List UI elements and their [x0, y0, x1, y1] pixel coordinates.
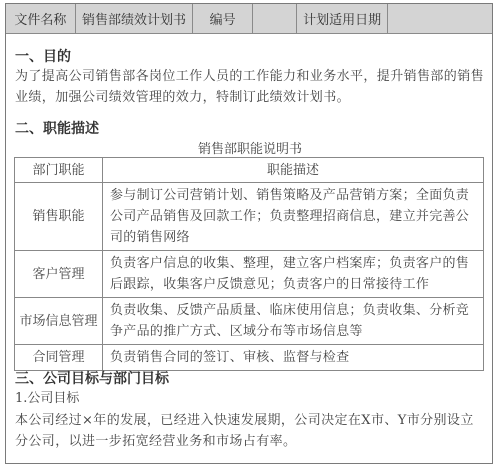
section-functions-heading: 二、职能描述: [15, 120, 485, 138]
number-value: [253, 4, 297, 33]
section-functions: 二、职能描述: [15, 120, 485, 138]
number-label: 编号: [193, 4, 253, 33]
file-name-label: 文件名称: [6, 4, 76, 33]
section-goals: 三、公司目标与部门目标 1.公司目标 本公司经过×年的发展，已经进入快速发展期，…: [15, 370, 487, 452]
date-value: [388, 4, 492, 33]
table-row: 销售职能 参与制订公司营销计划、销售策略及产品营销方案；全面负责公司产品销售及回…: [15, 183, 484, 251]
table-caption: 销售部职能说明书: [6, 138, 494, 157]
section-goals-paragraph: 本公司经过×年的发展，已经进入快速发展期，公司决定在X市、Y市分别设立分公司，以…: [15, 410, 487, 452]
section-purpose-paragraph: 为了提高公司销售部各岗位工作人员的工作能力和业务水平，提升销售部的销售业绩，加强…: [15, 66, 485, 108]
header-desc: 职能描述: [103, 158, 484, 183]
row-desc: 负责销售合同的签订、审核、监督与检查: [103, 345, 484, 371]
table-row: 客户管理 负责客户信息的收集、整理，建立客户档案库；负责客户的售后跟踪，收集客户…: [15, 251, 484, 298]
section-goals-subheading: 1.公司目标: [15, 388, 487, 410]
row-desc: 负责收集、反馈产品质量、临床使用信息；负责收集、分析竞争产品的推广方式、区域分布…: [103, 298, 484, 345]
row-dept: 市场信息管理: [15, 298, 103, 345]
section-purpose: 一、目的 为了提高公司销售部各岗位工作人员的工作能力和业务水平，提升销售部的销售…: [15, 48, 485, 108]
document-page: 文件名称 销售部绩效计划书 编号 计划适用日期 一、目的 为了提高公司销售部各岗…: [5, 3, 493, 464]
table-row: 市场信息管理 负责收集、反馈产品质量、临床使用信息；负责收集、分析竞争产品的推广…: [15, 298, 484, 345]
section-purpose-heading: 一、目的: [15, 48, 485, 66]
row-desc: 负责客户信息的收集、整理，建立客户档案库；负责客户的售后跟踪，收集客户反馈意见；…: [103, 251, 484, 298]
row-desc: 参与制订公司营销计划、销售策略及产品营销方案；全面负责公司产品销售及回款工作；负…: [103, 183, 484, 251]
row-dept: 合同管理: [15, 345, 103, 371]
row-dept: 客户管理: [15, 251, 103, 298]
functions-table: 部门职能 职能描述 销售职能 参与制订公司营销计划、销售策略及产品营销方案；全面…: [14, 157, 484, 371]
date-label: 计划适用日期: [297, 4, 389, 33]
document-meta-row: 文件名称 销售部绩效计划书 编号 计划适用日期: [6, 4, 492, 34]
header-dept: 部门职能: [15, 158, 103, 183]
section-goals-heading: 三、公司目标与部门目标: [15, 370, 487, 388]
row-dept: 销售职能: [15, 183, 103, 251]
table-header-row: 部门职能 职能描述: [15, 158, 484, 183]
file-name-value: 销售部绩效计划书: [76, 4, 194, 33]
table-row: 合同管理 负责销售合同的签订、审核、监督与检查: [15, 345, 484, 371]
